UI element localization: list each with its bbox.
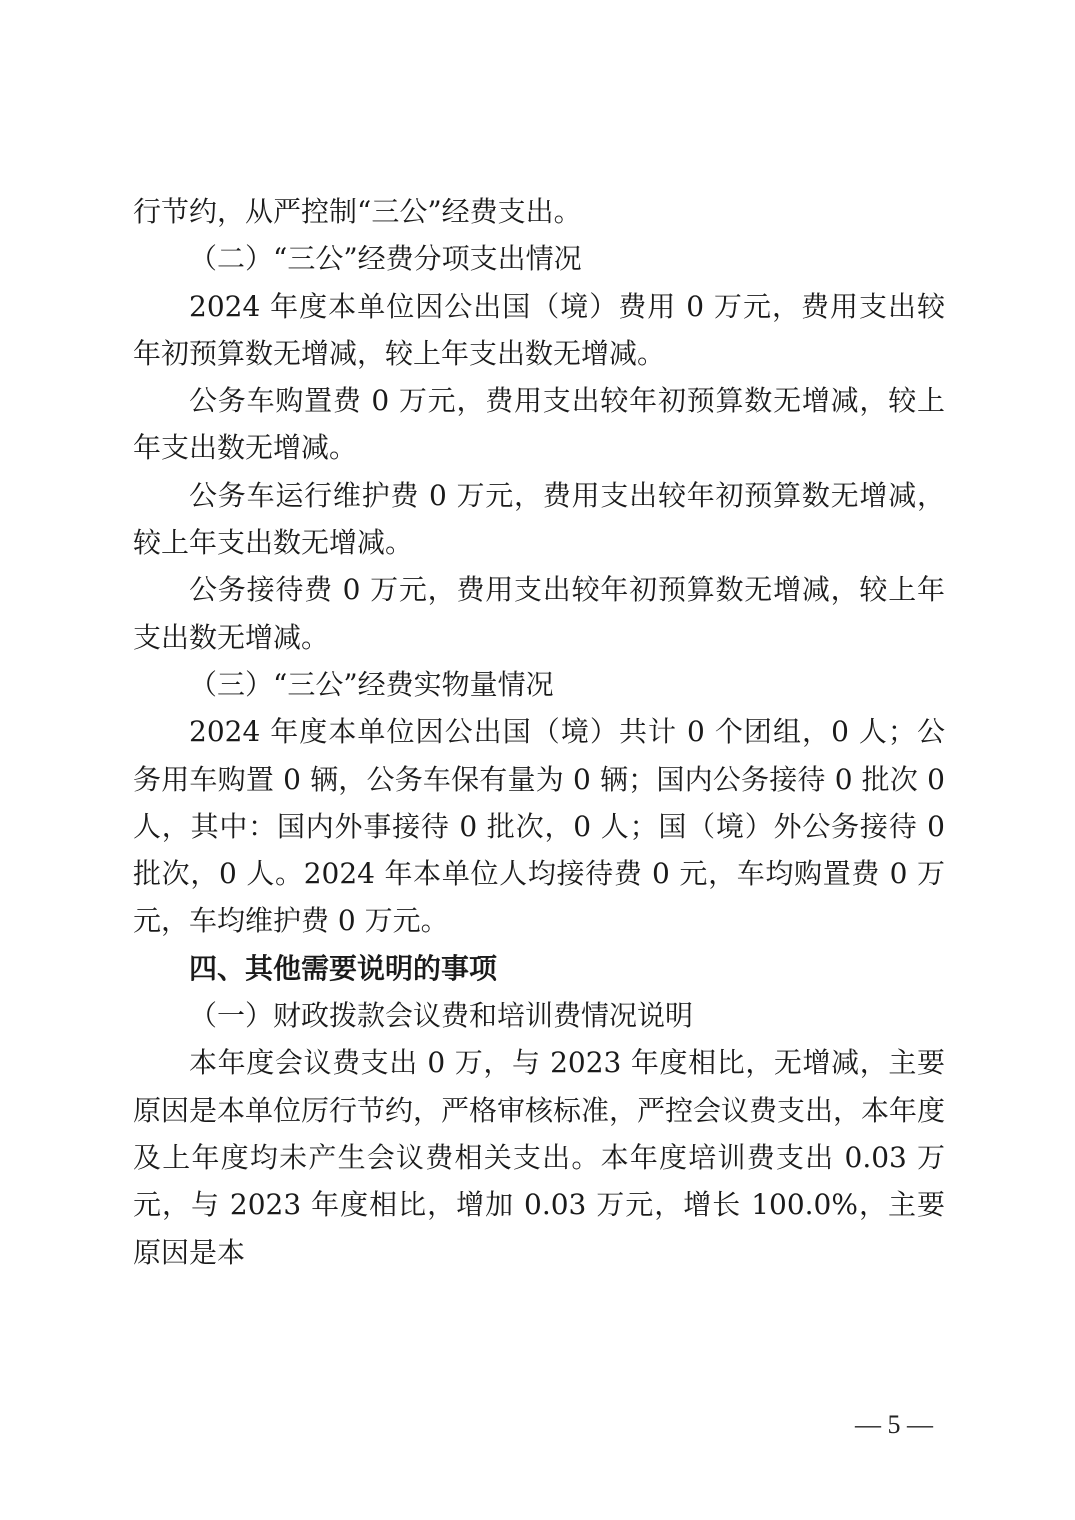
section-2-paragraph-2: 公务车购置费 0 万元，费用支出较年初预算数无增减，较上年支出数无增减。 [133,377,945,472]
section-4-1-paragraph-1: 本年度会议费支出 0 万，与 2023 年度相比，无增减，主要原因是本单位厉行节… [133,1039,945,1275]
section-2-paragraph-1: 2024 年度本单位因公出国（境）费用 0 万元，费用支出较年初预算数无增减，较… [133,283,945,378]
section-4-heading: 四、其他需要说明的事项 [133,945,945,992]
continuation-paragraph: 行节约，从严控制“三公”经费支出。 [133,188,945,235]
section-3-paragraph-1: 2024 年度本单位因公出国（境）共计 0 个团组，0 人；公务用车购置 0 辆… [133,708,945,944]
section-4-1-heading: （一）财政拨款会议费和培训费情况说明 [133,992,945,1039]
section-3-heading: （三）“三公”经费实物量情况 [133,661,945,708]
page-number: — 5 — [855,1410,933,1440]
section-2-heading: （二）“三公”经费分项支出情况 [133,235,945,282]
section-2-paragraph-4: 公务接待费 0 万元，费用支出较年初预算数无增减，较上年支出数无增减。 [133,566,945,661]
document-page: 行节约，从严控制“三公”经费支出。 （二）“三公”经费分项支出情况 2024 年… [133,188,945,1276]
section-2-paragraph-3: 公务车运行维护费 0 万元，费用支出较年初预算数无增减，较上年支出数无增减。 [133,472,945,567]
